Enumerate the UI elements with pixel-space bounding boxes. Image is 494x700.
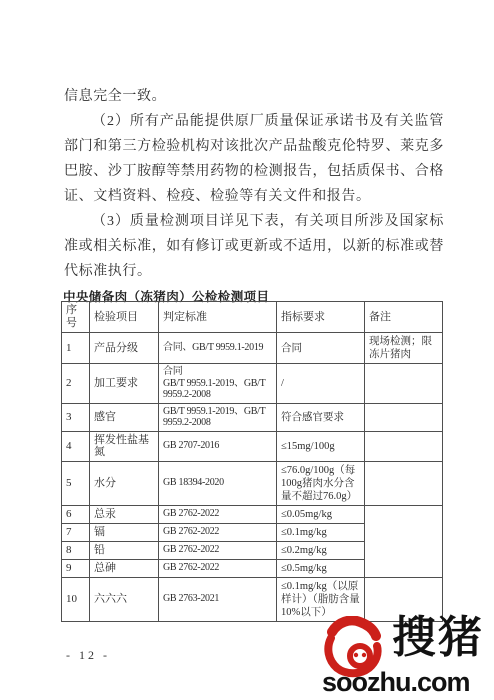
cell-requirement: 符合感官要求	[277, 403, 365, 431]
cell-standard: GB 2762-2022	[159, 523, 277, 541]
cell-item: 水分	[90, 461, 159, 505]
cell-item: 六六六	[90, 577, 159, 621]
paragraph-2: （2）所有产品能提供原厂质量保证承诺书及有关监管部门和第三方检验机构对该批次产品…	[64, 109, 444, 209]
cell-remark	[365, 461, 443, 505]
table-row: 2加工要求合同 GB/T 9959.1-2019、GB/T 9959.2-200…	[62, 364, 443, 404]
table-row: 6总汞GB 2762-2022≤0.05mg/kg	[62, 505, 443, 523]
cell-no: 1	[62, 333, 90, 364]
cell-standard: GB 2762-2022	[159, 505, 277, 523]
cell-item: 加工要求	[90, 364, 159, 404]
cell-standard: GB 18394-2020	[159, 461, 277, 505]
cell-remark	[365, 403, 443, 431]
cell-standard: 合同 GB/T 9959.1-2019、GB/T 9959.2-2008	[159, 364, 277, 404]
paragraph-1: 信息完全一致。	[64, 84, 444, 109]
logo-chinese-text: 搜猪	[392, 608, 484, 668]
cell-requirement: ≤0.1mg/kg	[277, 523, 365, 541]
cell-requirement: 合同	[277, 333, 365, 364]
cell-remark	[365, 364, 443, 404]
cell-requirement: ≤15mg/100g	[277, 431, 365, 461]
cell-item: 产品分级	[90, 333, 159, 364]
cell-remark	[365, 505, 443, 577]
cell-standard: 合同、GB/T 9959.1-2019	[159, 333, 277, 364]
table-row: 5水分GB 18394-2020≤76.0g/100g（每100g猪肉水分含量不…	[62, 461, 443, 505]
cell-no: 4	[62, 431, 90, 461]
table-row: 3感官GB/T 9959.1-2019、GB/T 9959.2-2008符合感官…	[62, 403, 443, 431]
cell-item: 挥发性盐基氮	[90, 431, 159, 461]
cell-standard: GB 2763-2021	[159, 577, 277, 621]
cell-no: 7	[62, 523, 90, 541]
header-no: 序号	[62, 302, 90, 333]
cell-remark: 现场检测；限冻片猪肉	[365, 333, 443, 364]
header-remark: 备注	[365, 302, 443, 333]
soozhu-watermark-logo: 搜猪 soozhu.com	[322, 610, 494, 698]
cell-remark	[365, 431, 443, 461]
cell-no: 8	[62, 541, 90, 559]
cell-requirement: /	[277, 364, 365, 404]
cell-no: 2	[62, 364, 90, 404]
document-page: 信息完全一致。 （2）所有产品能提供原厂质量保证承诺书及有关监管部门和第三方检验…	[0, 0, 494, 700]
cell-requirement: ≤0.2mg/kg	[277, 541, 365, 559]
cell-standard: GB/T 9959.1-2019、GB/T 9959.2-2008	[159, 403, 277, 431]
inspection-table-body: 1产品分级合同、GB/T 9959.1-2019合同现场检测；限冻片猪肉2加工要…	[62, 333, 443, 622]
table-row: 4挥发性盐基氮GB 2707-2016≤15mg/100g	[62, 431, 443, 461]
cell-standard: GB 2762-2022	[159, 559, 277, 577]
cell-no: 3	[62, 403, 90, 431]
header-item: 检验项目	[90, 302, 159, 333]
header-standard: 判定标准	[159, 302, 277, 333]
cell-requirement: ≤76.0g/100g（每100g猪肉水分含量不超过76.0g）	[277, 461, 365, 505]
paragraph-3: （3）质量检测项目详见下表，有关项目所涉及国家标准或相关标准，如有修订或更新或不…	[64, 209, 444, 284]
cell-item: 总砷	[90, 559, 159, 577]
cell-no: 5	[62, 461, 90, 505]
page-number: - 12 -	[66, 648, 110, 663]
cell-item: 铅	[90, 541, 159, 559]
header-requirement: 指标要求	[277, 302, 365, 333]
cell-standard: GB 2762-2022	[159, 541, 277, 559]
inspection-table: 序号 检验项目 判定标准 指标要求 备注 1产品分级合同、GB/T 9959.1…	[61, 301, 443, 622]
logo-domain-text: soozhu.com	[322, 669, 470, 696]
cell-no: 9	[62, 559, 90, 577]
body-text: 信息完全一致。 （2）所有产品能提供原厂质量保证承诺书及有关监管部门和第三方检验…	[64, 84, 444, 284]
cell-item: 总汞	[90, 505, 159, 523]
cell-no: 10	[62, 577, 90, 621]
cell-item: 镉	[90, 523, 159, 541]
table-row: 1产品分级合同、GB/T 9959.1-2019合同现场检测；限冻片猪肉	[62, 333, 443, 364]
cell-requirement: ≤0.05mg/kg	[277, 505, 365, 523]
cell-item: 感官	[90, 403, 159, 431]
cell-no: 6	[62, 505, 90, 523]
table-header-row: 序号 检验项目 判定标准 指标要求 备注	[62, 302, 443, 333]
cell-standard: GB 2707-2016	[159, 431, 277, 461]
cell-requirement: ≤0.5mg/kg	[277, 559, 365, 577]
